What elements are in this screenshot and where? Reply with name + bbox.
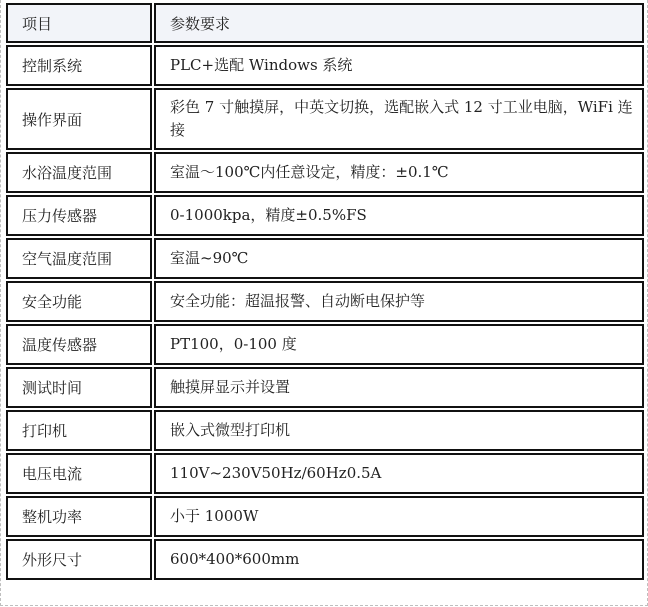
row-value: 110V~230V50Hz/60Hz0.5A — [154, 453, 644, 494]
table-row: 电压电流 110V~230V50Hz/60Hz0.5A — [6, 453, 644, 494]
table-row: 水浴温度范围 室温～100℃内任意设定，精度：±0.1℃ — [6, 152, 644, 193]
row-item: 控制系统 — [6, 45, 152, 86]
row-value: 室温~90℃ — [154, 238, 644, 279]
row-value: PLC+选配 Windows 系统 — [154, 45, 644, 86]
row-value: 室温～100℃内任意设定，精度：±0.1℃ — [154, 152, 644, 193]
row-item: 电压电流 — [6, 453, 152, 494]
row-value: PT100，0-100 度 — [154, 324, 644, 365]
row-item: 操作界面 — [6, 88, 152, 150]
table-row: 控制系统 PLC+选配 Windows 系统 — [6, 45, 644, 86]
table-row: 打印机 嵌入式微型打印机 — [6, 410, 644, 451]
table-row: 压力传感器 0-1000kpa，精度±0.5%FS — [6, 195, 644, 236]
row-item: 整机功率 — [6, 496, 152, 537]
table-row: 整机功率 小于 1000W — [6, 496, 644, 537]
row-item: 温度传感器 — [6, 324, 152, 365]
spec-table: 项目 参数要求 控制系统 PLC+选配 Windows 系统 操作界面 彩色 7… — [4, 1, 646, 582]
table-row: 外形尺寸 600*400*600mm — [6, 539, 644, 580]
row-value: 小于 1000W — [154, 496, 644, 537]
row-item: 打印机 — [6, 410, 152, 451]
row-value: 嵌入式微型打印机 — [154, 410, 644, 451]
table-row: 安全功能 安全功能：超温报警、自动断电保护等 — [6, 281, 644, 322]
row-value: 安全功能：超温报警、自动断电保护等 — [154, 281, 644, 322]
table-row: 操作界面 彩色 7 寸触摸屏，中英文切换，选配嵌入式 12 寸工业电脑，WiFi… — [6, 88, 644, 150]
row-item: 外形尺寸 — [6, 539, 152, 580]
row-item: 压力传感器 — [6, 195, 152, 236]
table-row: 温度传感器 PT100，0-100 度 — [6, 324, 644, 365]
row-item: 水浴温度范围 — [6, 152, 152, 193]
row-item: 测试时间 — [6, 367, 152, 408]
table-row: 测试时间 触摸屏显示并设置 — [6, 367, 644, 408]
table-header-row: 项目 参数要求 — [6, 3, 644, 43]
row-value: 触摸屏显示并设置 — [154, 367, 644, 408]
row-item: 安全功能 — [6, 281, 152, 322]
row-value: 600*400*600mm — [154, 539, 644, 580]
row-item: 空气温度范围 — [6, 238, 152, 279]
table-row: 空气温度范围 室温~90℃ — [6, 238, 644, 279]
header-value: 参数要求 — [154, 3, 644, 43]
header-item: 项目 — [6, 3, 152, 43]
row-value: 0-1000kpa，精度±0.5%FS — [154, 195, 644, 236]
row-value: 彩色 7 寸触摸屏，中英文切换，选配嵌入式 12 寸工业电脑，WiFi 连接 — [154, 88, 644, 150]
